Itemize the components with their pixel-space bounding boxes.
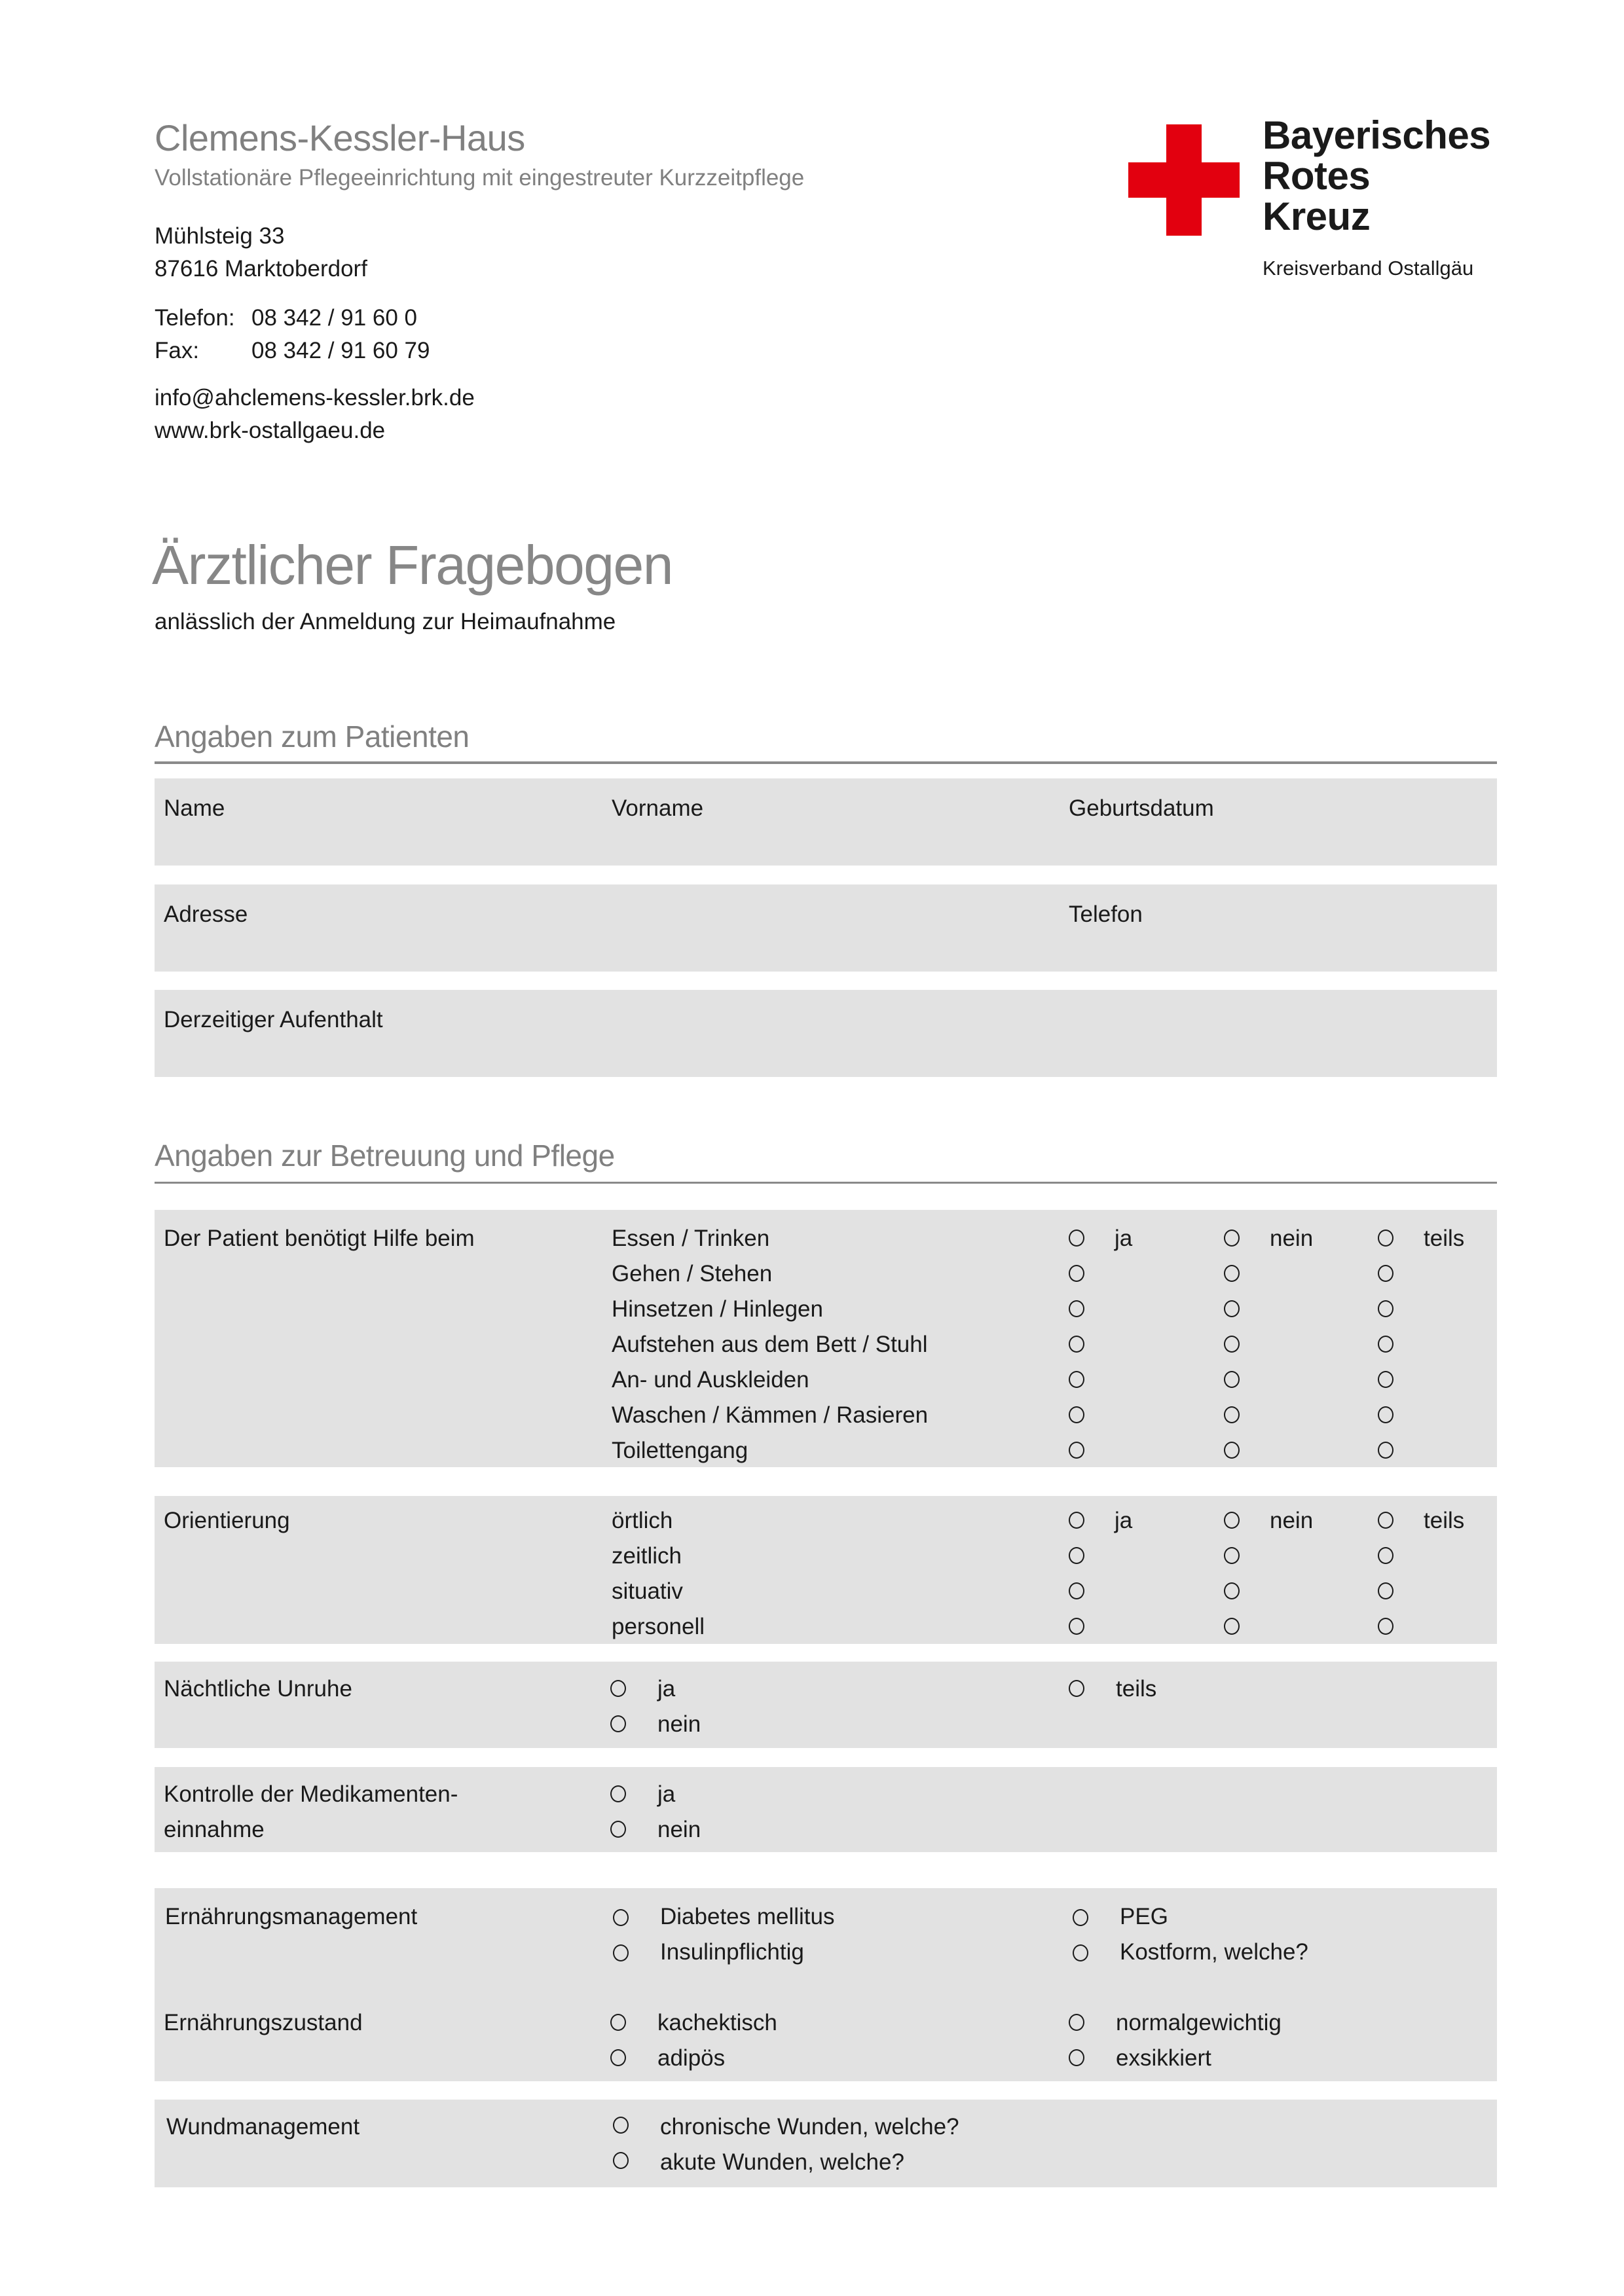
option-label: teils	[1116, 1676, 1156, 1702]
radio-ja[interactable]	[1069, 1547, 1084, 1564]
option-label: akute Wunden, welche?	[660, 2149, 904, 2176]
email-link[interactable]: info@ahclemens-kessler.brk.de	[155, 382, 475, 414]
radio-exsikkiert[interactable]	[1069, 2049, 1084, 2066]
orientation-label: Orientierung	[164, 1508, 290, 1534]
section-heading-care: Angaben zur Betreuung und Pflege	[155, 1138, 615, 1173]
item-label: zeitlich	[612, 1543, 682, 1569]
option-label: ja	[657, 1781, 675, 1808]
org-name: Clemens-Kessler-Haus	[155, 117, 525, 159]
radio-teils[interactable]	[1378, 1230, 1393, 1247]
fax-number: 08 342 / 91 60 79	[251, 338, 430, 363]
radio-akute-wunden[interactable]	[613, 2152, 629, 2169]
option-label: adipös	[657, 2045, 725, 2071]
night-restlessness-label: Nächtliche Unruhe	[164, 1676, 352, 1702]
radio-normalgewichtig[interactable]	[1069, 2014, 1084, 2031]
field-label-aufenthalt: Derzeitiger Aufenthalt	[164, 1007, 383, 1033]
radio-teils[interactable]	[1378, 1512, 1393, 1529]
radio-unruhe-ja[interactable]	[610, 1680, 626, 1697]
radio-nein[interactable]	[1224, 1300, 1240, 1317]
radio-kachektisch[interactable]	[610, 2014, 626, 2031]
radio-teils[interactable]	[1378, 1618, 1393, 1635]
item-label: örtlich	[612, 1508, 673, 1534]
option-label-nein: nein	[1270, 1508, 1313, 1534]
wound-management-label: Wundmanagement	[166, 2114, 360, 2140]
help-needed-group: Der Patient benötigt Hilfe beim Essen / …	[155, 1210, 1497, 1467]
logo-line-1: Bayerisches	[1263, 115, 1490, 156]
section-divider	[155, 1182, 1497, 1184]
radio-ja[interactable]	[1069, 1406, 1084, 1423]
phone-number: 08 342 / 91 60 0	[251, 305, 417, 331]
radio-ja[interactable]	[1069, 1442, 1084, 1459]
radio-nein[interactable]	[1224, 1547, 1240, 1564]
option-label-nein: nein	[1270, 1226, 1313, 1252]
radio-peg[interactable]	[1073, 1909, 1088, 1926]
page-subtitle: anlässlich der Anmeldung zur Heimaufnahm…	[155, 609, 616, 635]
radio-ja[interactable]	[1069, 1582, 1084, 1599]
option-label: Insulinpflichtig	[660, 1939, 804, 1965]
radio-nein[interactable]	[1224, 1442, 1240, 1459]
item-label: Hinsetzen / Hinlegen	[612, 1296, 823, 1322]
logo-line-2: Rotes	[1263, 156, 1490, 196]
option-label-teils: teils	[1424, 1508, 1464, 1534]
radio-unruhe-nein[interactable]	[610, 1715, 626, 1732]
item-label: personell	[612, 1614, 705, 1640]
radio-ja[interactable]	[1069, 1618, 1084, 1635]
item-label: Gehen / Stehen	[612, 1261, 772, 1287]
option-label: kachektisch	[657, 2010, 777, 2036]
radio-medikamente-nein[interactable]	[610, 1821, 626, 1838]
phone-label: Telefon:	[155, 302, 251, 335]
logo-subline: Kreisverband Ostallgäu	[1263, 257, 1473, 280]
brk-logo-text: Bayerisches Rotes Kreuz	[1263, 115, 1490, 237]
field-label-geburtsdatum: Geburtsdatum	[1069, 795, 1214, 822]
radio-kostform[interactable]	[1073, 1944, 1088, 1961]
radio-ja[interactable]	[1069, 1336, 1084, 1353]
option-label-teils: teils	[1424, 1226, 1464, 1252]
item-label: An- und Auskleiden	[612, 1367, 809, 1393]
item-label: Toilettengang	[612, 1438, 748, 1464]
patient-row-address[interactable]: Adresse Telefon	[155, 884, 1497, 972]
option-label-ja: ja	[1115, 1226, 1132, 1252]
item-label: situativ	[612, 1578, 683, 1605]
city: 87616 Marktoberdorf	[155, 253, 367, 285]
radio-teils[interactable]	[1378, 1336, 1393, 1353]
patient-row-name[interactable]: Name Vorname Geburtsdatum	[155, 778, 1497, 866]
radio-nein[interactable]	[1224, 1406, 1240, 1423]
street: Mühlsteig 33	[155, 220, 367, 253]
medication-control-group: Kontrolle der Medikamenten- einnahme ja …	[155, 1767, 1497, 1852]
nutrition-management-label: Ernährungsmanagement	[165, 1904, 417, 1930]
page-title: Ärztlicher Fragebogen	[152, 534, 673, 597]
fax-label: Fax:	[155, 335, 251, 367]
radio-chronische-wunden[interactable]	[613, 2117, 629, 2134]
item-label: Waschen / Kämmen / Rasieren	[612, 1402, 928, 1429]
org-subtitle: Vollstationäre Pflegeeinrichtung mit ein…	[155, 165, 804, 191]
contact-block: Telefon:08 342 / 91 60 0 Fax:08 342 / 91…	[155, 302, 430, 367]
radio-teils[interactable]	[1378, 1300, 1393, 1317]
radio-ja[interactable]	[1069, 1230, 1084, 1247]
option-label: nein	[657, 1711, 701, 1738]
option-label: nein	[657, 1817, 701, 1843]
radio-nein[interactable]	[1224, 1618, 1240, 1635]
wound-management-group: Wundmanagement chronische Wunden, welche…	[155, 2100, 1497, 2187]
radio-nein[interactable]	[1224, 1371, 1240, 1388]
patient-row-aufenthalt[interactable]: Derzeitiger Aufenthalt	[155, 990, 1497, 1077]
radio-nein[interactable]	[1224, 1265, 1240, 1282]
option-label: exsikkiert	[1116, 2045, 1211, 2071]
item-label: Aufstehen aus dem Bett / Stuhl	[612, 1332, 928, 1358]
address-block: Mühlsteig 33 87616 Marktoberdorf	[155, 220, 367, 285]
radio-nein[interactable]	[1224, 1230, 1240, 1247]
radio-teils[interactable]	[1378, 1406, 1393, 1423]
radio-diabetes[interactable]	[613, 1909, 629, 1926]
option-label: PEG	[1120, 1904, 1168, 1930]
logo-line-3: Kreuz	[1263, 196, 1490, 237]
radio-ja[interactable]	[1069, 1371, 1084, 1388]
radio-nein[interactable]	[1224, 1512, 1240, 1529]
radio-teils[interactable]	[1378, 1265, 1393, 1282]
option-label: normalgewichtig	[1116, 2010, 1282, 2036]
medication-label-line1: Kontrolle der Medikamenten-	[164, 1781, 458, 1808]
radio-nein[interactable]	[1224, 1582, 1240, 1599]
option-label: chronische Wunden, welche?	[660, 2114, 959, 2140]
field-label-vorname: Vorname	[612, 795, 703, 822]
radio-ja[interactable]	[1069, 1300, 1084, 1317]
field-label-telefon: Telefon	[1069, 902, 1143, 928]
radio-adipoes[interactable]	[610, 2049, 626, 2066]
website-link[interactable]: www.brk-ostallgaeu.de	[155, 414, 475, 447]
radio-teils[interactable]	[1378, 1547, 1393, 1564]
nutrition-state-label: Ernährungszustand	[164, 2010, 363, 2036]
radio-insulinpflichtig[interactable]	[613, 1944, 629, 1961]
radio-ja[interactable]	[1069, 1512, 1084, 1529]
nutrition-group: Ernährungsmanagement Diabetes mellitus I…	[155, 1888, 1497, 2081]
radio-nein[interactable]	[1224, 1336, 1240, 1353]
radio-medikamente-ja[interactable]	[610, 1785, 626, 1802]
radio-ja[interactable]	[1069, 1265, 1084, 1282]
option-label-ja: ja	[1115, 1508, 1132, 1534]
night-restlessness-group: Nächtliche Unruhe ja nein teils	[155, 1662, 1497, 1748]
option-label: Diabetes mellitus	[660, 1904, 835, 1930]
section-divider	[155, 761, 1497, 764]
help-needed-label: Der Patient benötigt Hilfe beim	[164, 1226, 475, 1252]
radio-teils[interactable]	[1378, 1582, 1393, 1599]
medication-label-line2: einnahme	[164, 1817, 265, 1843]
radio-teils[interactable]	[1378, 1442, 1393, 1459]
option-label: ja	[657, 1676, 675, 1702]
radio-teils[interactable]	[1378, 1371, 1393, 1388]
red-cross-icon	[1128, 124, 1240, 236]
radio-unruhe-teils[interactable]	[1069, 1680, 1084, 1697]
field-label-name: Name	[164, 795, 225, 822]
field-label-adresse: Adresse	[164, 902, 248, 928]
section-heading-patient: Angaben zum Patienten	[155, 719, 470, 754]
orientation-group: Orientierung örtlichjaneinteilszeitlichs…	[155, 1496, 1497, 1644]
item-label: Essen / Trinken	[612, 1226, 769, 1252]
option-label: Kostform, welche?	[1120, 1939, 1308, 1965]
web-block: info@ahclemens-kessler.brk.de www.brk-os…	[155, 382, 475, 447]
